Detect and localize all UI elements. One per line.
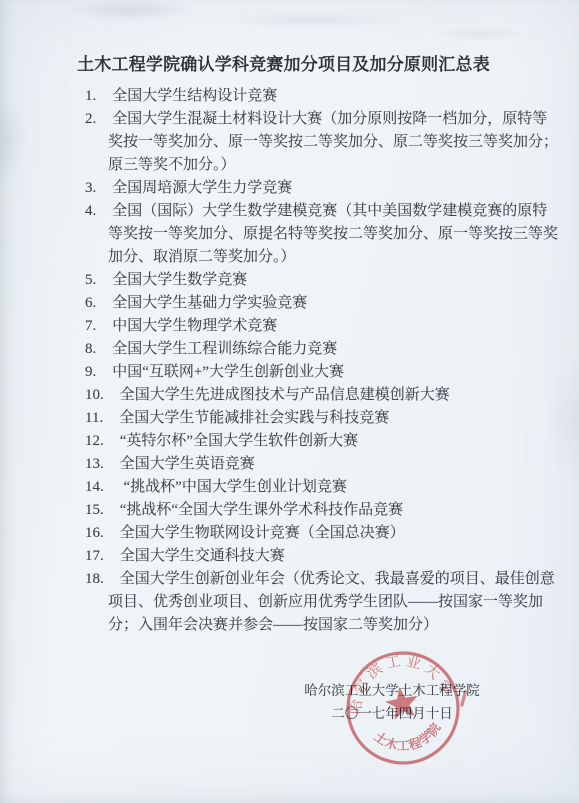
signature-organization: 哈尔滨工业大学土木工程学院 bbox=[301, 679, 483, 702]
item-number: 10. bbox=[85, 387, 104, 403]
item-text: 全国大学生数学竞赛 bbox=[112, 272, 247, 288]
item-text: 全国大学生先进成图技术与产品信息建模创新大赛 bbox=[120, 387, 450, 403]
page-title: 土木工程学院确认学科竞赛加分项目及加分原则汇总表 bbox=[0, 0, 579, 76]
list-item: 2.全国大学生混凝土材料设计大赛（加分原则按降一档加分，原特等奖按一等奖加分、原… bbox=[85, 108, 559, 177]
list-item: 17.全国大学生交通科技大赛 bbox=[85, 545, 559, 568]
list-item: 15.“挑战杯“全国大学生课外学术科技作品竞赛 bbox=[85, 499, 559, 522]
item-number: 1. bbox=[85, 88, 96, 104]
item-text: 全国大学生创新创业年会（优秀论文、我最喜爱的项目、最佳创意项目、优秀创业项目、创… bbox=[108, 571, 555, 633]
list-item: 7.中国大学生物理学术竞赛 bbox=[85, 315, 559, 338]
item-number: 4. bbox=[85, 203, 96, 219]
list-item: 9.中国“互联网+”大学生创新创业大赛 bbox=[85, 361, 559, 384]
list-item: 6.全国大学生基础力学实验竞赛 bbox=[85, 292, 559, 315]
item-text: 全国大学生节能减排社会实践与科技竞赛 bbox=[119, 410, 389, 426]
item-number: 9. bbox=[85, 364, 96, 380]
item-text: 全国大学生英语竞赛 bbox=[120, 456, 255, 472]
list-item: 10.全国大学生先进成图技术与产品信息建模创新大赛 bbox=[85, 384, 559, 407]
item-text: 全国大学生物联网设计竞赛（全国总决赛） bbox=[120, 525, 405, 541]
list-item: 3.全国周培源大学生力学竞赛 bbox=[85, 177, 559, 200]
list-item: 16.全国大学生物联网设计竞赛（全国总决赛） bbox=[85, 522, 559, 545]
item-number: 12. bbox=[85, 433, 104, 449]
competition-list: 1.全国大学生结构设计竞赛 2.全国大学生混凝土材料设计大赛（加分原则按降一档加… bbox=[85, 85, 559, 637]
list-item: 13.全国大学生英语竞赛 bbox=[85, 453, 559, 476]
list-item: 1.全国大学生结构设计竞赛 bbox=[85, 85, 559, 108]
list-item: 12.“英特尔杯”全国大学生软件创新大赛 bbox=[85, 430, 559, 453]
item-text: 全国大学生基础力学实验竞赛 bbox=[112, 295, 307, 311]
signature-date: 二〇一七年四月十日 bbox=[301, 702, 483, 725]
item-text: “英特尔杯”全国大学生软件创新大赛 bbox=[120, 433, 358, 449]
list-item: 11.全国大学生节能减排社会实践与科技竞赛 bbox=[85, 407, 559, 430]
item-text: “挑战杯”中国大学生创业计划竞赛 bbox=[120, 479, 347, 495]
item-number: 14. bbox=[85, 479, 104, 495]
item-number: 15. bbox=[85, 502, 104, 518]
item-text: 全国大学生结构设计竞赛 bbox=[112, 88, 277, 104]
item-number: 16. bbox=[85, 525, 104, 541]
item-number: 6. bbox=[85, 295, 96, 311]
item-text: 中国“互联网+”大学生创新创业大赛 bbox=[112, 364, 344, 380]
list-item: 4.全国（国际）大学生数学建模竞赛（其中美国数学建模竞赛的原特等奖按一等奖加分、… bbox=[85, 200, 559, 269]
list-item: 5.全国大学生数学竞赛 bbox=[85, 269, 559, 292]
item-number: 8. bbox=[85, 341, 96, 357]
item-number: 5. bbox=[85, 272, 96, 288]
list-item: 14. “挑战杯”中国大学生创业计划竞赛 bbox=[85, 476, 559, 499]
item-number: 13. bbox=[85, 456, 104, 472]
item-number: 11. bbox=[85, 410, 103, 426]
signature-block: 哈尔滨工业大学土木工程学院 二〇一七年四月十日 bbox=[301, 679, 483, 725]
item-text: 中国大学生物理学术竞赛 bbox=[112, 318, 277, 334]
item-number: 2. bbox=[85, 111, 96, 127]
item-text: “挑战杯“全国大学生课外学术科技作品竞赛 bbox=[120, 502, 403, 518]
item-text: 全国（国际）大学生数学建模竞赛（其中美国数学建模竞赛的原特等奖按一等奖加分、原提… bbox=[108, 203, 558, 265]
item-text: 全国大学生混凝土材料设计大赛（加分原则按降一档加分，原特等奖按一等奖加分、原一等… bbox=[108, 111, 558, 173]
item-number: 7. bbox=[85, 318, 96, 334]
list-item: 8.全国大学生工程训练综合能力竞赛 bbox=[85, 338, 559, 361]
item-number: 17. bbox=[85, 548, 104, 564]
item-text: 全国周培源大学生力学竞赛 bbox=[112, 180, 292, 196]
item-number: 3. bbox=[85, 180, 96, 196]
item-text: 全国大学生工程训练综合能力竞赛 bbox=[112, 341, 337, 357]
list-item: 18.全国大学生创新创业年会（优秀论文、我最喜爱的项目、最佳创意项目、优秀创业项… bbox=[85, 568, 559, 637]
document-page: 土木工程学院确认学科竞赛加分项目及加分原则汇总表 1.全国大学生结构设计竞赛 2… bbox=[0, 0, 579, 803]
item-number: 18. bbox=[85, 571, 104, 587]
item-text: 全国大学生交通科技大赛 bbox=[120, 548, 285, 564]
